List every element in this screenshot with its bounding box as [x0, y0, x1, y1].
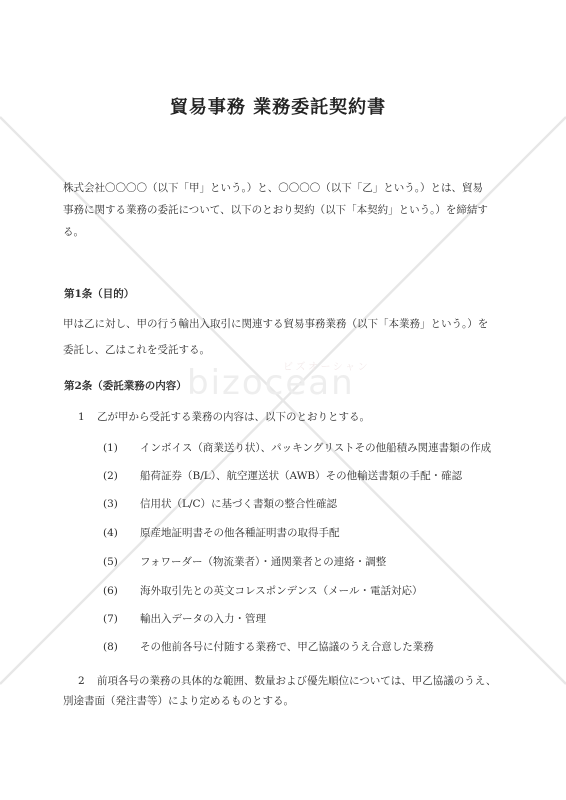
item-text: フォワーダー（物流業者）・通関業者との連絡・調整	[140, 556, 386, 568]
article-2-item-3: (3)信用状（L/C）に基づく書類の整合性確認	[103, 497, 337, 511]
item-text: インボイス（商業送り状）、パッキングリストその他船積み関連書類の作成	[140, 442, 491, 454]
article-2-item-1: (1)インボイス（商業送り状）、パッキングリストその他船積み関連書類の作成	[103, 441, 491, 455]
bizocean-logo-watermark: bizocean	[187, 364, 355, 402]
item-number: (2)	[103, 469, 140, 483]
intro-line-1: 株式会社〇〇〇〇（以下「甲」という。）と、〇〇〇〇（以下「乙」という。）とは、貿…	[63, 181, 483, 195]
item-number: (3)	[103, 497, 140, 511]
item-text: 海外取引先との英文コレスポンデンス（メール・電話対応）	[140, 585, 422, 597]
clause-text: 乙が甲から受託する業務の内容は、以下のとおりとする。	[97, 411, 370, 423]
item-number: (7)	[103, 612, 140, 626]
item-number: (8)	[103, 640, 140, 654]
article-2-item-7: (7)輸出入データの入力・管理	[103, 612, 266, 626]
item-text: 信用状（L/C）に基づく書類の整合性確認	[140, 498, 337, 510]
article-1-heading: 第1条（目的）	[64, 287, 134, 301]
clause-number: 1	[78, 410, 97, 424]
article-2-clause-2-line-1: 2前項各号の業務の具体的な範囲、数量および優先順位については、甲乙協議のうえ、	[78, 674, 496, 688]
item-text: 原産地証明書その他各種証明書の取得手配	[140, 527, 340, 539]
item-number: (4)	[103, 526, 140, 540]
intro-line-2: 事務に関する業務の委託について、以下のとおり契約（以下「本契約」という。）を締結…	[63, 203, 488, 217]
article-2-heading: 第2条（委託業務の内容）	[64, 379, 187, 393]
article-1-body-line-1: 甲は乙に対し、甲の行う輸出入取引に関連する貿易事務業務（以下「本業務」という。）…	[63, 317, 488, 331]
article-2-clause-2-line-2: 別途書面（発注書等）により定めるものとする。	[63, 694, 294, 708]
item-number: (1)	[103, 441, 140, 455]
item-text: 船荷証券（B/L）、航空運送状（AWB）その他輸送書類の手配・確認	[140, 470, 462, 482]
article-2-item-6: (6)海外取引先との英文コレスポンデンス（メール・電話対応）	[103, 584, 422, 598]
document-title: 貿易事務 業務委託契約書	[63, 96, 493, 120]
item-number: (5)	[103, 555, 140, 569]
item-number: (6)	[103, 584, 140, 598]
clause-text: 前項各号の業務の具体的な範囲、数量および優先順位については、甲乙協議のうえ、	[97, 675, 496, 687]
contract-document-page: ビズオーシャン bizocean 貿易事務 業務委託契約書 株式会社〇〇〇〇（以…	[0, 0, 566, 800]
article-2-clause-1: 1乙が甲から受託する業務の内容は、以下のとおりとする。	[78, 410, 370, 424]
item-text: その他前各号に付随する業務で、甲乙協議のうえ合意した業務	[140, 641, 434, 653]
article-2-item-5: (5)フォワーダー（物流業者）・通関業者との連絡・調整	[103, 555, 386, 569]
article-1-body-line-2: 委託し、乙はこれを受託する。	[63, 343, 210, 357]
intro-line-3: る。	[63, 225, 84, 239]
clause-number: 2	[78, 674, 97, 688]
article-2-item-4: (4)原産地証明書その他各種証明書の取得手配	[103, 526, 340, 540]
article-2-item-8: (8)その他前各号に付随する業務で、甲乙協議のうえ合意した業務	[103, 640, 434, 654]
item-text: 輸出入データの入力・管理	[140, 613, 266, 625]
article-2-item-2: (2)船荷証券（B/L）、航空運送状（AWB）その他輸送書類の手配・確認	[103, 469, 462, 483]
